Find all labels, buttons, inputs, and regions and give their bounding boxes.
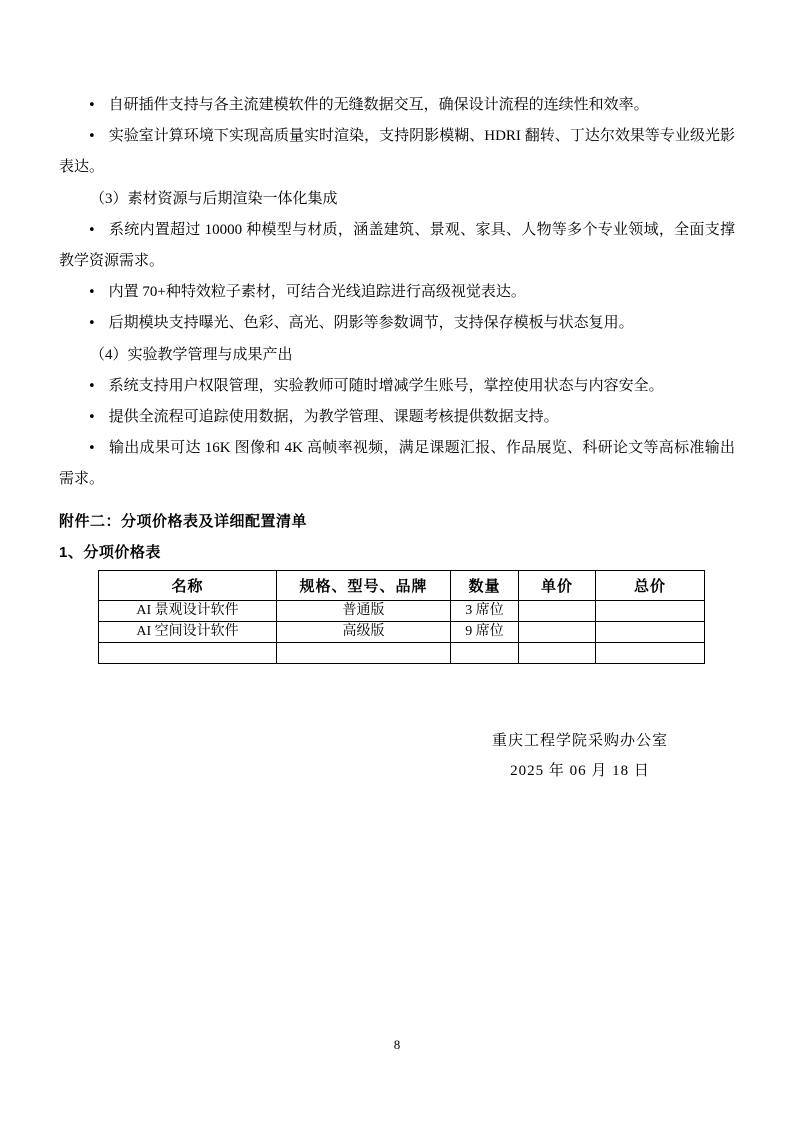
document-page: •自研插件支持与各主流建模软件的无缝数据交互，确保设计流程的连续性和效率。•实验… [0, 0, 794, 1122]
bullet-text: 实验室计算环境下实现高质量实时渲染，支持阴影模糊、HDRI 翻转、丁达尔效果等专… [59, 128, 735, 175]
bullet-text: 内置 70+种特效粒子素材，可结合光线追踪进行高级视觉表达。 [109, 284, 526, 300]
bullet-text: 后期模块支持曝光、色彩、高光、阴影等参数调节，支持保存模板与状态复用。 [109, 315, 634, 331]
price-table-header-cell: 规格、型号、品牌 [277, 571, 451, 601]
bullet-icon: • [88, 223, 96, 238]
table-cell [596, 643, 705, 664]
bullet-icon: • [88, 98, 96, 113]
table-row: AI 景观设计软件普通版3 席位 [99, 601, 705, 622]
bullet-icon: • [88, 379, 96, 394]
bullet-item: •实验室计算环境下实现高质量实时渲染，支持阴影模糊、HDRI 翻转、丁达尔效果等… [59, 121, 735, 183]
numbered-heading: （3）素材资源与后期渲染一体化集成 [59, 184, 735, 215]
section-heading: 1、分项价格表 [59, 537, 735, 568]
bullet-text: 系统支持用户权限管理，实验教师可随时增减学生账号，掌控使用状态与内容安全。 [109, 378, 664, 394]
page-number: 8 [0, 1037, 794, 1053]
bullet-item: •内置 70+种特效粒子素材，可结合光线追踪进行高级视觉表达。 [59, 277, 735, 308]
attachment-heading: 附件二：分项价格表及详细配置清单 [59, 506, 735, 537]
bullet-icon: • [88, 316, 96, 331]
bullet-icon: • [88, 410, 96, 425]
price-table-header-cell: 数量 [451, 571, 519, 601]
bullet-item: •后期模块支持曝光、色彩、高光、阴影等参数调节，支持保存模板与状态复用。 [59, 308, 735, 339]
table-cell [519, 622, 596, 643]
bullet-item: •自研插件支持与各主流建模软件的无缝数据交互，确保设计流程的连续性和效率。 [59, 90, 735, 121]
table-cell: 高级版 [277, 622, 451, 643]
body-paragraphs: •自研插件支持与各主流建模软件的无缝数据交互，确保设计流程的连续性和效率。•实验… [59, 90, 735, 496]
table-cell: AI 空间设计软件 [99, 622, 277, 643]
table-cell: 3 席位 [451, 601, 519, 622]
table-cell: 普通版 [277, 601, 451, 622]
table-cell [519, 601, 596, 622]
table-cell: 9 席位 [451, 622, 519, 643]
bullet-text: 自研插件支持与各主流建模软件的无缝数据交互，确保设计流程的连续性和效率。 [109, 97, 649, 113]
signature-org: 重庆工程学院采购办公室 [410, 726, 750, 756]
price-table-header-cell: 总价 [596, 571, 705, 601]
bullet-item: •输出成果可达 16K 图像和 4K 高帧率视频，满足课题汇报、作品展览、科研论… [59, 433, 735, 495]
table-cell [99, 643, 277, 664]
price-table-body: AI 景观设计软件普通版3 席位 AI 空间设计软件高级版9 席位 [99, 601, 705, 664]
table-row: AI 空间设计软件高级版9 席位 [99, 622, 705, 643]
table-cell: AI 景观设计软件 [99, 601, 277, 622]
table-cell [451, 643, 519, 664]
table-cell [596, 622, 705, 643]
table-cell [596, 601, 705, 622]
price-table-header-cell: 名称 [99, 571, 277, 601]
bullet-icon: • [88, 129, 96, 144]
price-table: 名称规格、型号、品牌数量单价总价 AI 景观设计软件普通版3 席位 AI 空间设… [98, 570, 705, 664]
numbered-heading: （4）实验教学管理与成果产出 [59, 340, 735, 371]
price-table-header-cell: 单价 [519, 571, 596, 601]
bullet-text: 输出成果可达 16K 图像和 4K 高帧率视频，满足课题汇报、作品展览、科研论文… [59, 440, 735, 487]
bullet-icon: • [88, 285, 96, 300]
bullet-item: •系统支持用户权限管理，实验教师可随时增减学生账号，掌控使用状态与内容安全。 [59, 371, 735, 402]
signature-date: 2025 年 06 月 18 日 [410, 756, 750, 786]
bullet-icon: • [88, 441, 96, 456]
bullet-text: 系统内置超过 10000 种模型与材质，涵盖建筑、景观、家具、人物等多个专业领域… [59, 222, 735, 269]
table-cell [277, 643, 451, 664]
table-row [99, 643, 705, 664]
table-cell [519, 643, 596, 664]
signature-block: 重庆工程学院采购办公室 2025 年 06 月 18 日 [410, 726, 750, 786]
bullet-item: •系统内置超过 10000 种模型与材质，涵盖建筑、景观、家具、人物等多个专业领… [59, 215, 735, 277]
page-content: •自研插件支持与各主流建模软件的无缝数据交互，确保设计流程的连续性和效率。•实验… [59, 90, 735, 664]
price-table-header-row: 名称规格、型号、品牌数量单价总价 [99, 571, 705, 601]
bullet-text: 提供全流程可追踪使用数据，为教学管理、课题考核提供数据支持。 [109, 409, 559, 425]
bullet-item: •提供全流程可追踪使用数据，为教学管理、课题考核提供数据支持。 [59, 402, 735, 433]
